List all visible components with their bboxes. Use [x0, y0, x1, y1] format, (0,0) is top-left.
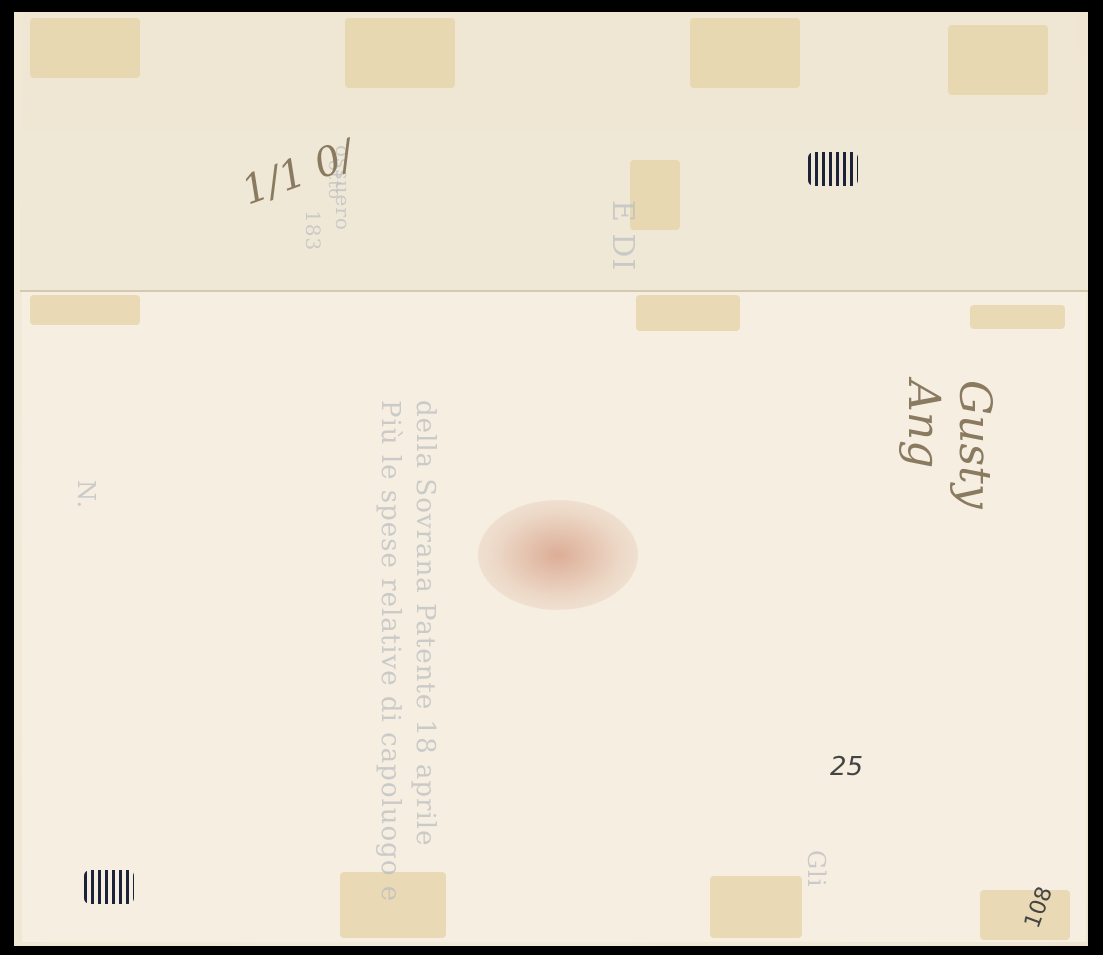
tape-hinge [30, 295, 140, 325]
tape-hinge [970, 305, 1065, 329]
ink-scribble [84, 870, 134, 904]
ghost-print-fragment: Gli [802, 850, 830, 888]
pencil-number: 25 [830, 752, 863, 782]
tape-hinge [345, 18, 455, 88]
tape-hinge [30, 18, 140, 78]
tape-hinge [636, 295, 740, 331]
middle-panel [20, 130, 1088, 292]
rust-stain [478, 500, 638, 610]
tape-hinge [948, 25, 1048, 95]
ghost-print-fragment: E DI [605, 200, 640, 271]
tape-hinge [690, 18, 800, 88]
manuscript-docket: Gusty Ang [898, 380, 1000, 509]
tape-hinge [710, 876, 802, 938]
ghost-print-line: Più le spese relative di capoluogo e [375, 400, 405, 902]
ghost-print-fragment: 183 [301, 210, 325, 251]
ink-scribble [808, 152, 858, 186]
top-flap [22, 12, 1076, 134]
ghost-print-line: della Sovrana Patente 18 aprile [410, 400, 440, 846]
ghost-print-fragment: N. [72, 480, 100, 509]
